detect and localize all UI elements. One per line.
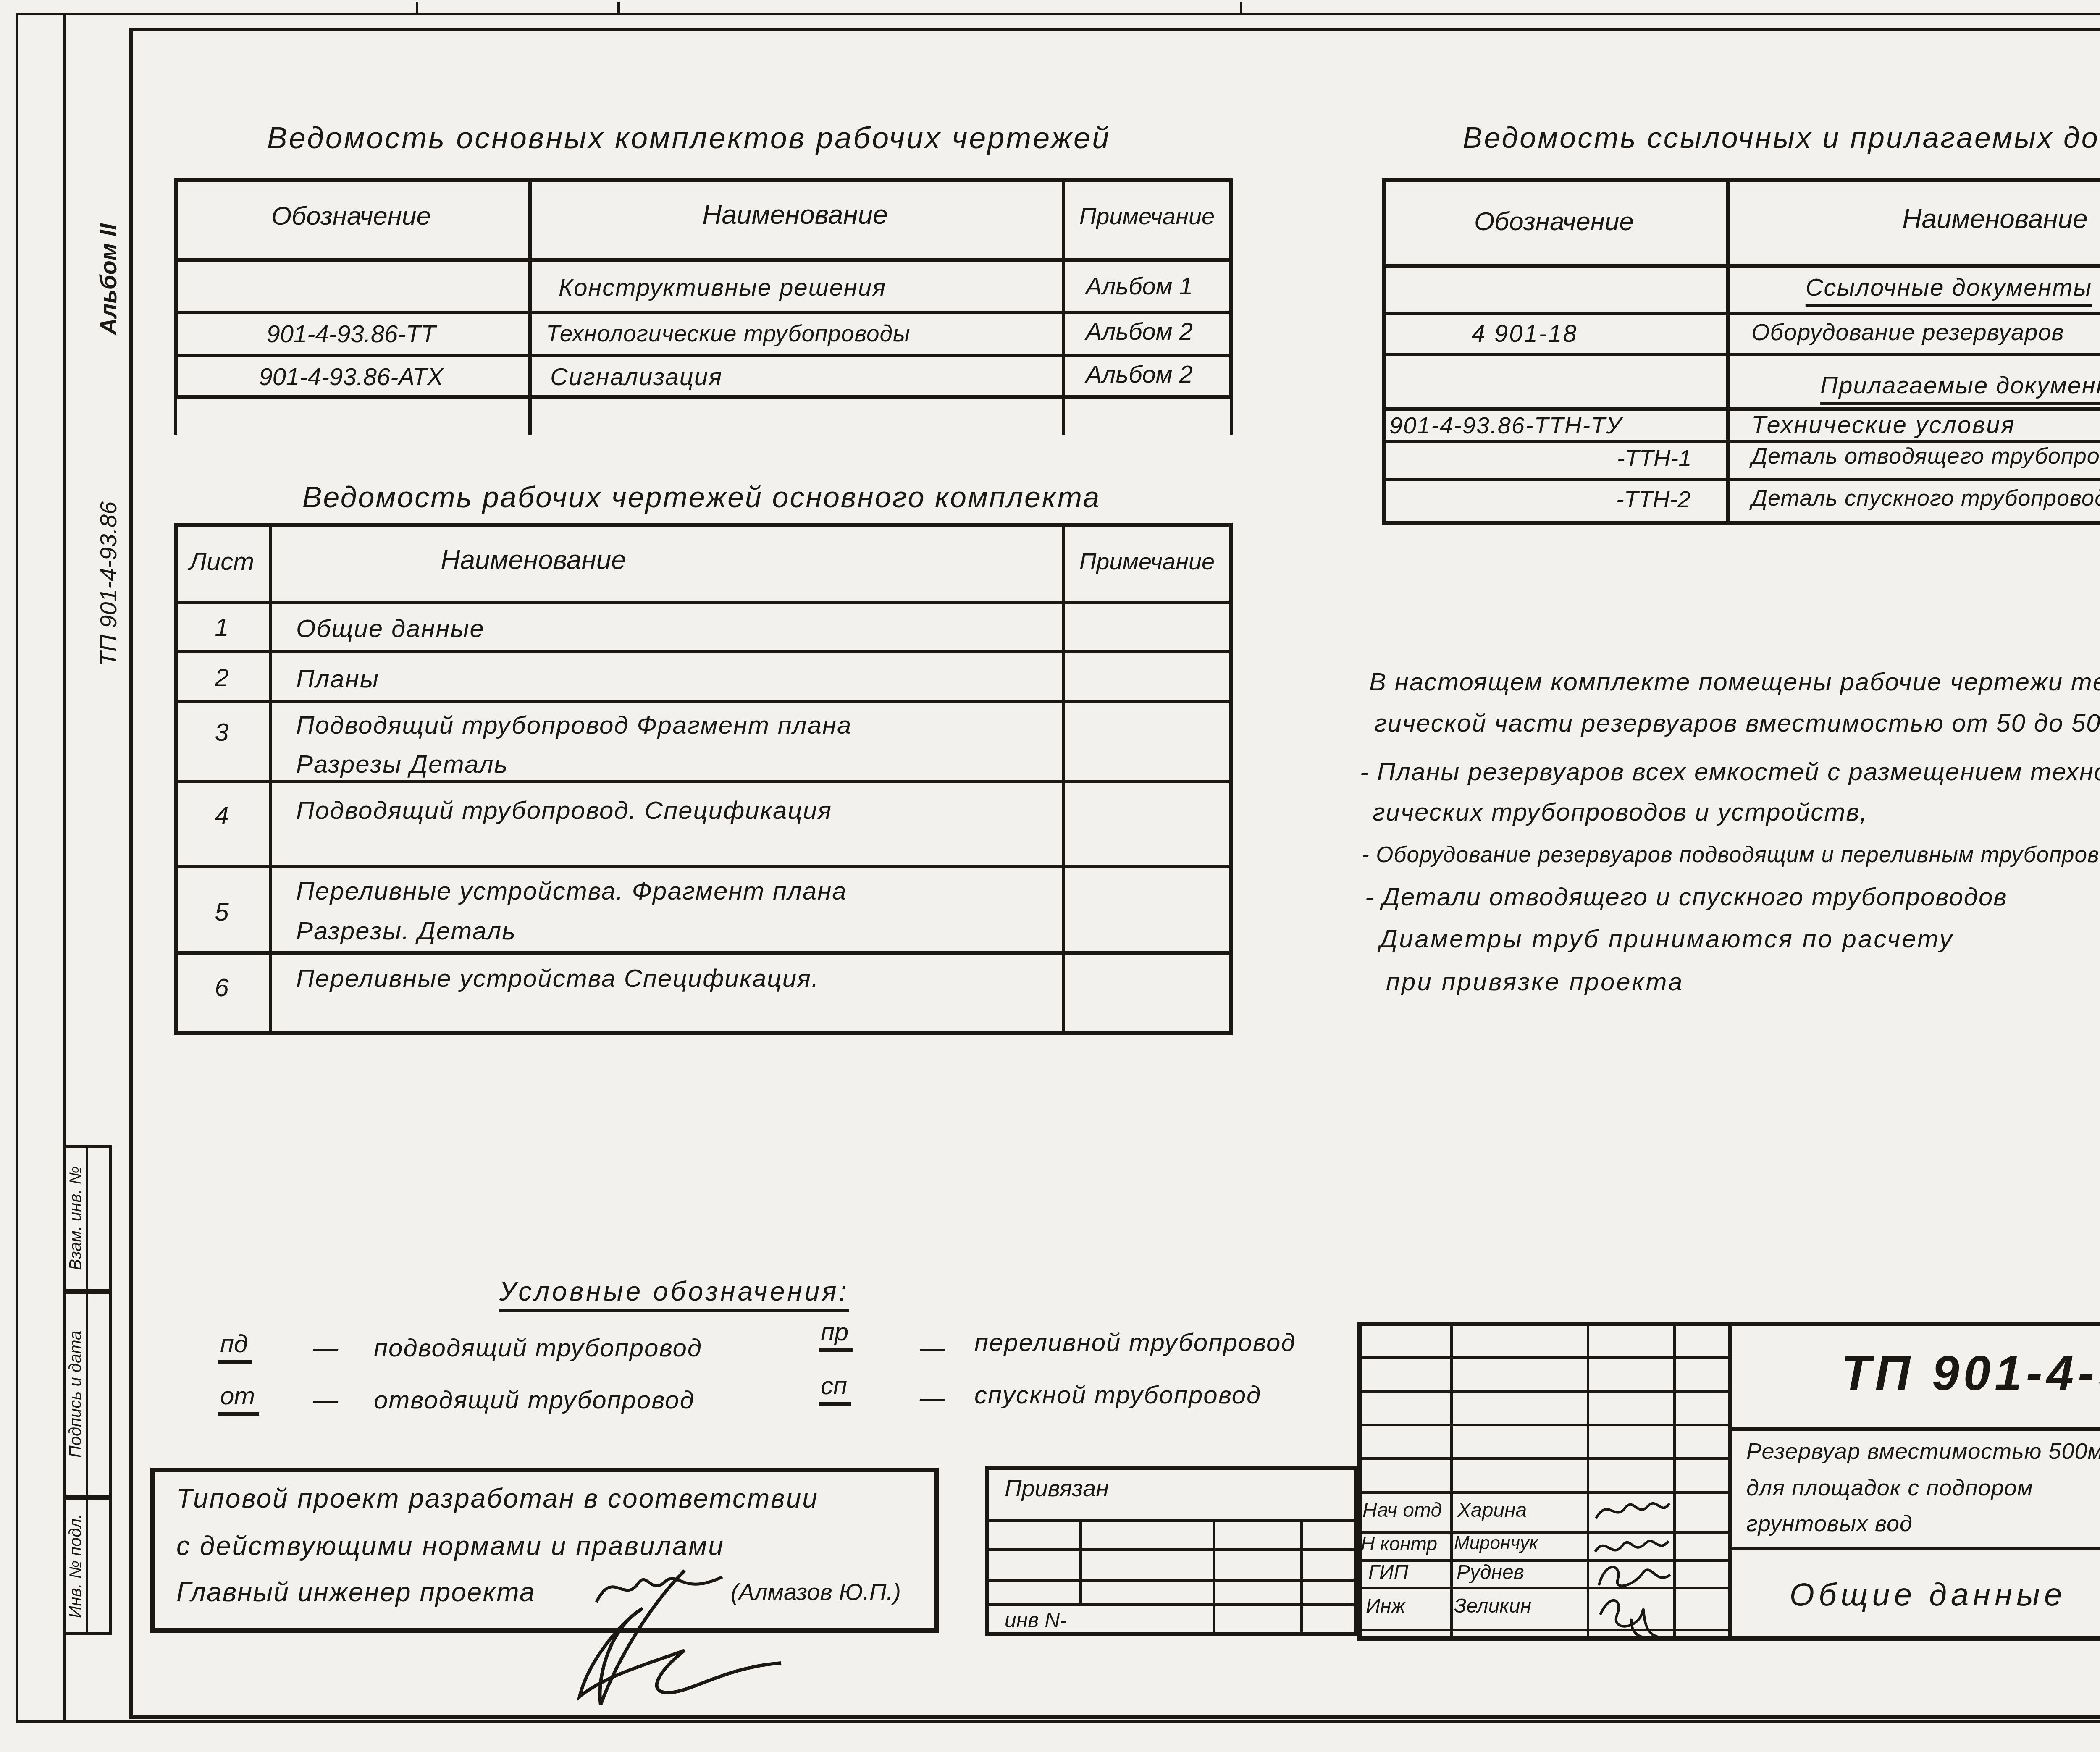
signatory-name: Руднев xyxy=(1457,1562,1524,1583)
object-title: грунтовых вод xyxy=(1746,1512,1913,1536)
table-sheets-title: Ведомость рабочих чертежей основного ком… xyxy=(302,482,1100,513)
legend-text: спускной трубопровод xyxy=(974,1382,1261,1408)
col-header: Наименование xyxy=(1902,205,2088,233)
note-line: - Детали отводящего и спускного трубопро… xyxy=(1365,884,2008,910)
sheet-title: Общие данные xyxy=(1790,1578,2066,1612)
table-cell: Технологические трубопроводы xyxy=(546,322,910,346)
note-line: гической части резервуаров вместимостью … xyxy=(1374,710,2100,736)
grid-line xyxy=(1728,1427,2100,1431)
grid-line xyxy=(174,601,1233,604)
sheet-name: Планы xyxy=(296,666,379,692)
grid-line xyxy=(1382,407,2100,411)
col-header: Примечание xyxy=(1079,549,1215,574)
margin-label-podpis: Подпись и дата xyxy=(67,1331,84,1458)
note-line: гических трубопроводов и устройств, xyxy=(1373,799,1868,825)
fold-tick xyxy=(416,2,418,14)
sheet-num: 6 xyxy=(215,974,228,1001)
signature xyxy=(1592,1589,1676,1644)
grid-line xyxy=(1357,1457,1731,1460)
grid-line xyxy=(1382,478,2100,481)
grid-line xyxy=(174,354,1233,357)
doc-code: ТП 901-4-93.86-ТТ xyxy=(1841,1348,2100,1399)
sheet-num: 1 xyxy=(215,614,228,640)
legend-dash: — xyxy=(920,1335,945,1361)
table-cell: -ТТН-2 xyxy=(1616,487,1690,512)
sheet-name: Подводящий трубопровод. Спецификация xyxy=(296,797,832,824)
grid-line xyxy=(1728,1322,1732,1641)
table-cell: Конструктивные решения xyxy=(559,275,886,301)
sheet-num: 4 xyxy=(215,802,228,829)
statement-line: с действующими нормами и правилами xyxy=(176,1532,724,1560)
grid-line xyxy=(1357,1424,1731,1426)
col-header: Наименование xyxy=(441,546,626,574)
col-header: Примечание xyxy=(1079,204,1215,229)
sheet-num: 2 xyxy=(215,664,228,691)
table-cell: -ТТН-1 xyxy=(1617,446,1691,471)
legend-abbr: сп xyxy=(819,1372,851,1406)
legend-dash: — xyxy=(313,1335,338,1361)
grid-line xyxy=(174,258,1233,262)
legend-text: отводящий трубопровод xyxy=(374,1387,695,1413)
grid-line xyxy=(1382,353,2100,356)
sheet-name: Подводящий трубопровод Фрагмент плана xyxy=(296,712,852,738)
legend-text: подводящий трубопровод xyxy=(374,1335,702,1361)
sheet-name: Переливные устройства. Фрагмент плана xyxy=(296,878,847,904)
table-cell: 901-4-93.86-АТХ xyxy=(259,365,443,390)
table-sheets xyxy=(174,523,1233,1035)
grid-line xyxy=(1357,1356,1731,1359)
legend-dash: — xyxy=(313,1387,338,1413)
signature xyxy=(1592,1493,1672,1529)
drawing-sheet: 2 Альбом II ТП 901-4-93.86 Взам. инв. № … xyxy=(0,0,2100,1752)
section-header: Прилагаемые документы xyxy=(1820,373,2100,405)
fold-tick xyxy=(1240,2,1242,14)
table-cell: Альбом 2 xyxy=(1086,319,1193,345)
table-cell: Оборудование резервуаров xyxy=(1751,320,2064,345)
note-line: - Оборудование резервуаров подводящим и … xyxy=(1362,843,2100,867)
grid-line xyxy=(1357,1390,1731,1393)
grid-line xyxy=(1357,1491,1731,1494)
sheet-name: Разрезы. Деталь xyxy=(296,918,516,944)
sheet-name: Разрезы Деталь xyxy=(296,751,508,777)
margin-label-vzam: Взам. инв. № xyxy=(67,1166,84,1270)
note-line: - Планы резервуаров всех емкостей с разм… xyxy=(1360,758,2100,785)
legend-abbr: от xyxy=(218,1382,259,1416)
grid-line xyxy=(1300,1519,1303,1636)
col-header: Обозначение xyxy=(271,202,431,230)
table-cell: Деталь отводящего трубопровода xyxy=(1751,444,2100,468)
grid-line xyxy=(174,399,177,435)
legend-abbr: пр xyxy=(819,1319,853,1352)
table-cell: Альбом 2 xyxy=(1086,362,1193,388)
grid-line xyxy=(1079,1519,1082,1606)
table-cell: 4 901-18 xyxy=(1472,321,1578,347)
grid-line xyxy=(1357,1587,1731,1589)
sheet-name: Переливные устройства Спецификация. xyxy=(296,965,819,991)
table-cell: Сигнализация xyxy=(550,365,722,390)
table-cell: 901-4-93.86-ТТ xyxy=(267,322,436,347)
sheet-num: 5 xyxy=(215,899,228,925)
grid-line xyxy=(269,523,272,1035)
col-header: Лист xyxy=(189,548,254,574)
note-line: Диаметры труб принимаются по расчету xyxy=(1380,926,1954,952)
grid-line xyxy=(1357,1559,1731,1562)
table-ref-docs-title: Ведомость ссылочных и прилагаемых докуме… xyxy=(1463,123,2100,154)
grid-line xyxy=(1728,1547,2100,1550)
signatory-role: Нач отд xyxy=(1362,1500,1442,1521)
note-line: при привязке проекта xyxy=(1386,968,1684,995)
album-label: Альбом II xyxy=(96,223,121,335)
grid-line xyxy=(174,780,1233,783)
margin-box-split xyxy=(86,1145,88,1635)
grid-line xyxy=(1382,264,2100,268)
grid-line xyxy=(174,311,1233,314)
grid-line xyxy=(174,700,1233,703)
grid-line xyxy=(1230,399,1233,435)
signature-flourish xyxy=(546,1566,806,1718)
grid-line xyxy=(1450,1322,1453,1641)
signatory-role: ГИП xyxy=(1368,1562,1408,1583)
legend-title: Условные обозначения: xyxy=(499,1277,849,1312)
col-header: Обозначение xyxy=(1474,208,1634,235)
grid-line xyxy=(1062,178,1065,435)
table-main-sets-title: Ведомость основных комплектов рабочих че… xyxy=(267,123,1110,155)
inv-number-label: инв N- xyxy=(1005,1609,1067,1631)
grid-line xyxy=(174,951,1233,955)
section-header: Ссылочные документы xyxy=(1806,275,2092,307)
col-header: Наименование xyxy=(702,201,888,229)
grid-line xyxy=(528,178,532,435)
legend-abbr: пд xyxy=(218,1330,252,1364)
grid-line xyxy=(174,650,1233,653)
fold-tick xyxy=(617,2,620,14)
signatory-name: Мирончук xyxy=(1454,1534,1538,1553)
margin-label-inv: Инв. № подл. xyxy=(67,1514,84,1618)
grid-line xyxy=(1726,178,1730,525)
legend-text: переливной трубопровод xyxy=(974,1329,1296,1356)
table-cell: Альбом 1 xyxy=(1086,274,1193,299)
margin-doc-number: ТП 901-4-93.86 xyxy=(96,501,121,666)
sheet-name: Общие данные xyxy=(296,615,485,642)
statement-line: Главный инженер проекта xyxy=(176,1578,535,1606)
object-title: для площадок с подпором xyxy=(1746,1476,2033,1500)
grid-line xyxy=(1213,1519,1215,1636)
table-cell: 901-4-93.86-ТТН-ТУ xyxy=(1389,413,1622,438)
signatory-role: Инж xyxy=(1366,1596,1405,1617)
object-title: Резервуар вместимостью 500м³ xyxy=(1746,1440,2100,1463)
table-cell: Технические условия xyxy=(1751,412,2016,438)
table-cell: Деталь спускного трубопровода xyxy=(1751,486,2100,510)
signatory-name: Зеликин xyxy=(1454,1596,1531,1617)
signatory-role: Н контр xyxy=(1361,1534,1437,1554)
note-line: В настоящем комплекте помещены рабочие ч… xyxy=(1369,669,2100,695)
statement-line: Типовой проект разработан в соответствии xyxy=(176,1484,819,1513)
grid-line xyxy=(174,865,1233,868)
grid-line xyxy=(1382,440,2100,443)
approval-label: Привязан xyxy=(1005,1476,1109,1501)
legend-dash: — xyxy=(920,1384,945,1411)
sheet-num: 3 xyxy=(215,719,228,745)
signatory-name: Харина xyxy=(1457,1500,1527,1521)
grid-line xyxy=(1062,523,1065,1035)
grid-line xyxy=(1382,312,2100,315)
grid-line xyxy=(1587,1322,1589,1641)
